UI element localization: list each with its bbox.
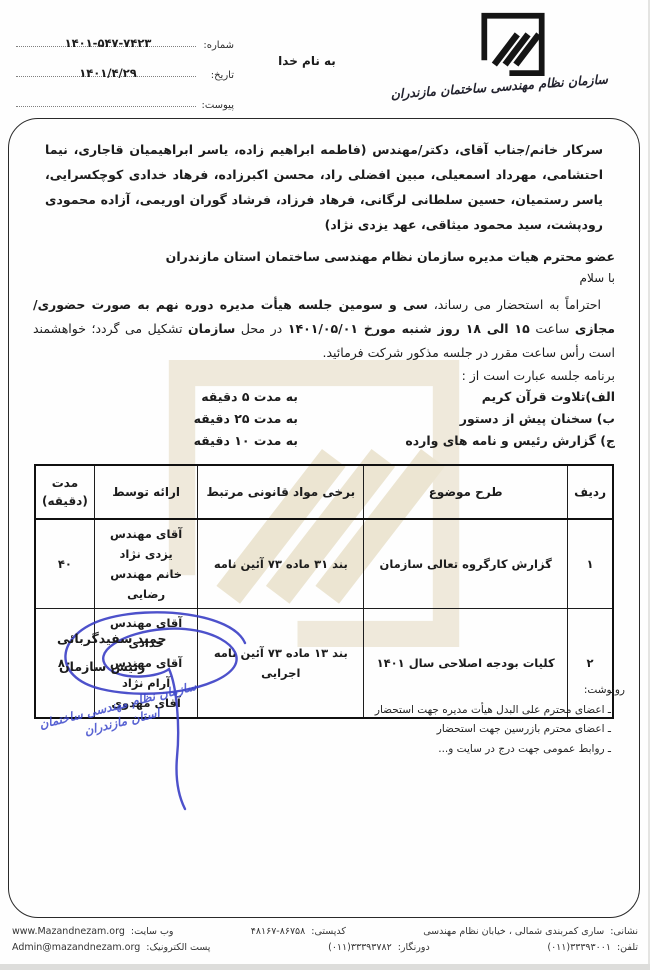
header-subject: طرح موضوع	[364, 465, 568, 519]
cc-item: ـ روابط عمومی جهت درج در سایت و...	[375, 740, 611, 760]
header-fields: شماره: ۱۴۰۱-۵۴۷-۷۴۲۳ تاریخ: ۱۴۰۱/۴/۲۹ پی…	[14, 26, 234, 116]
table-cell: بند ۳۱ ماده ۷۳ آئین نامه	[198, 519, 364, 609]
recipients-paragraph: سرکار خانم/جناب آقای، دکتر/مهندس (فاطمه …	[45, 137, 603, 237]
postal-field: کدپستی: ۴۸۱۶۷-۸۶۷۵۸	[251, 924, 346, 940]
website-field: وب سایت: www.Mazandnezam.org	[12, 924, 174, 940]
phone-value: ۳۳۳۹۳۰۰۱(۰۱۱)	[547, 942, 611, 953]
date-value: ۱۴۰۱/۴/۲۹	[28, 66, 188, 80]
addressee-line: عضو محترم هیات مدیره سازمان نظام مهندسی …	[33, 249, 615, 264]
table-header-row: ردیف طرح موضوع برخی مواد قانونی مرتبط ار…	[35, 465, 613, 519]
header-presented-by: ارائه توسط	[94, 465, 198, 519]
email-value: Admin@mazandnezam.org	[12, 942, 140, 953]
date-label: تاریخ:	[211, 70, 234, 81]
header-logo-block: سازمان نظام مهندسی ساختمان مازندران	[418, 10, 608, 93]
cc-list: ـ اعضای محترم علی البدل هیأت مدیره جهت ا…	[375, 701, 625, 760]
header-duration: مدت (دقیقه)	[35, 465, 94, 519]
program-item-label: ج) گزارش رئیس و نامه های وارده	[405, 430, 615, 452]
signature-block: حمید سفیدگربائی رئیس سازمان سازمان نظام …	[27, 617, 307, 857]
website-label: وب سایت:	[131, 926, 174, 937]
organization-logo-icon	[477, 10, 549, 76]
program-row: الف)تلاوت قرآن کریمبه مدت ۵ دقیقه	[33, 386, 615, 408]
cc-label: رونوشت:	[375, 681, 625, 701]
signature-name: حمید سفیدگربائی	[57, 631, 166, 646]
program-item-duration: به مدت ۲۵ دقیقه	[183, 408, 298, 430]
scan-edge	[0, 964, 650, 970]
table-row: ۱گزارش کارگروه تعالی سازمانبند ۳۱ ماده ۷…	[35, 519, 613, 609]
header-legal-articles: برخی مواد قانونی مرتبط	[198, 465, 364, 519]
address-value: ساری کمربندی شمالی ، خیابان نظام مهندسی	[423, 926, 604, 937]
table-cell: ۱	[568, 519, 613, 609]
footer-line-1: نشانی: ساری کمربندی شمالی ، خیابان نظام …	[12, 924, 638, 940]
program-item-duration: به مدت ۱۰ دقیقه	[183, 430, 298, 452]
number-value: ۱۴۰۱-۵۴۷-۷۴۲۳	[28, 36, 188, 50]
phone-label: تلفن:	[617, 942, 638, 953]
program-item-label: ب) سخنان پیش از دستور	[460, 408, 615, 430]
scanned-letter-page: سازمان نظام مهندسی ساختمان مازندران به ن…	[0, 0, 650, 970]
salutation: با سلام	[33, 271, 615, 285]
attachment-field: پیوست:	[14, 86, 234, 116]
attachment-label: پیوست:	[201, 100, 234, 111]
body-paragraph: احتراماً به استحضار می رساند، سی و سومین…	[33, 293, 615, 365]
address-label: نشانی:	[610, 926, 638, 937]
program-row: ب) سخنان پیش از دستوربه مدت ۲۵ دقیقه	[33, 408, 615, 430]
footer-line-2: تلفن: ۳۳۳۹۳۰۰۱(۰۱۱) دورنگار: ۳۳۳۹۳۷۸۲(۰۱…	[12, 940, 638, 956]
website-value: www.Mazandnezam.org	[12, 926, 125, 937]
number-label: شماره:	[203, 40, 234, 51]
table-cell: ۴۰	[35, 519, 94, 609]
bismillah-text: به نام خدا	[232, 54, 382, 68]
letter-frame: سرکار خانم/جناب آقای، دکتر/مهندس (فاطمه …	[8, 118, 640, 918]
fax-value: ۳۳۳۹۳۷۸۲(۰۱۱)	[328, 942, 392, 953]
footer: نشانی: ساری کمربندی شمالی ، خیابان نظام …	[12, 924, 638, 956]
number-field: شماره: ۱۴۰۱-۵۴۷-۷۴۲۳	[14, 26, 234, 56]
phone-field: تلفن: ۳۳۳۹۳۰۰۱(۰۱۱)	[547, 940, 638, 956]
program-item-duration: به مدت ۵ دقیقه	[183, 386, 298, 408]
cc-item: ـ اعضای محترم بازرسین جهت استحضار	[375, 720, 611, 740]
table-cell: گزارش کارگروه تعالی سازمان	[364, 519, 568, 609]
cc-item: ـ اعضای محترم علی البدل هیأت مدیره جهت ا…	[375, 701, 611, 721]
email-label: پست الکترونیک:	[146, 942, 210, 953]
fax-field: دورنگار: ۳۳۳۹۳۷۸۲(۰۱۱)	[328, 940, 430, 956]
header-row-number: ردیف	[568, 465, 613, 519]
agenda-intro: برنامه جلسه عبارت است از :	[33, 368, 615, 383]
cc-block: رونوشت: ـ اعضای محترم علی البدل هیأت مدی…	[375, 681, 625, 759]
program-row: ج) گزارش رئیس و نامه های واردهبه مدت ۱۰ …	[33, 430, 615, 452]
fax-label: دورنگار:	[398, 942, 430, 953]
program-item-label: الف)تلاوت قرآن کریم	[482, 386, 615, 408]
postal-label: کدپستی:	[311, 926, 346, 937]
date-field: تاریخ: ۱۴۰۱/۴/۲۹	[14, 56, 234, 86]
address-field: نشانی: ساری کمربندی شمالی ، خیابان نظام …	[423, 924, 638, 940]
table-cell: آقای مهندس یزدی نژاد خانم مهندس رضایی	[94, 519, 198, 609]
program-list: الف)تلاوت قرآن کریمبه مدت ۵ دقیقهب) سخنا…	[33, 386, 615, 452]
postal-value: ۴۸۱۶۷-۸۶۷۵۸	[251, 926, 305, 937]
dotted-leader	[16, 106, 196, 107]
email-field: پست الکترونیک: Admin@mazandnezam.org	[12, 940, 210, 956]
signature-title: رئیس سازمان	[59, 659, 145, 674]
